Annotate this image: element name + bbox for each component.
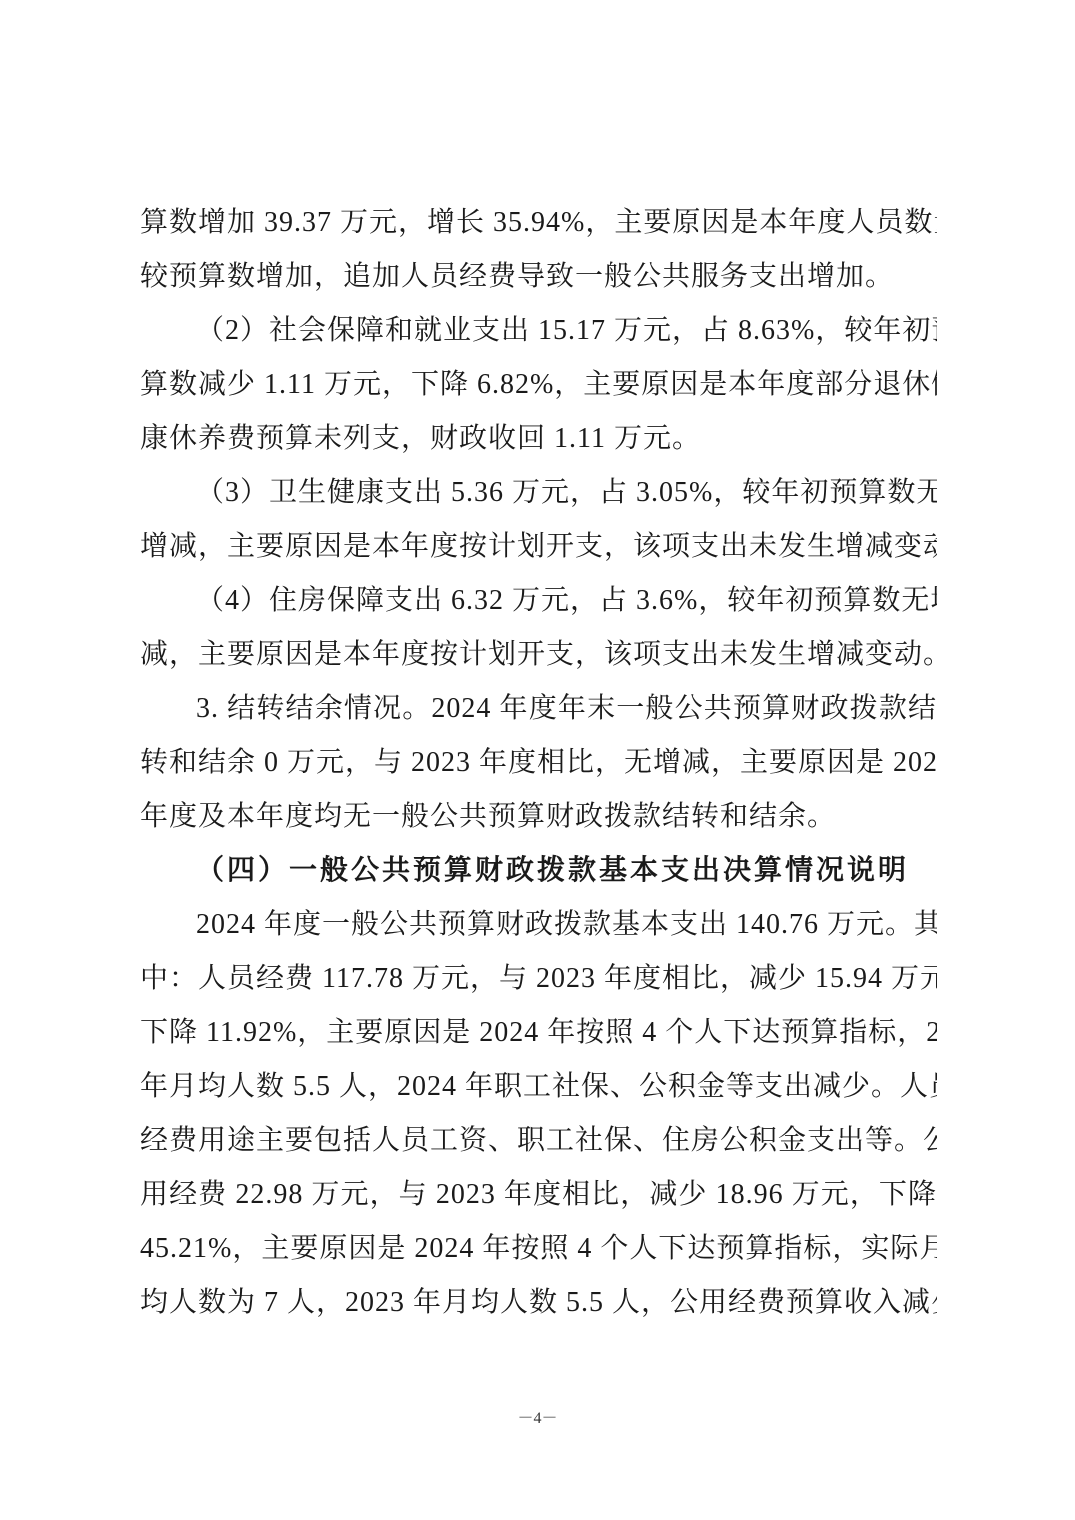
text-line: 经费用途主要包括人员工资、职工社保、住房公积金支出等。公 [140, 1114, 937, 1168]
document-body: 算数增加 39.37 万元，增长 35.94%，主要原因是本年度人员数量 较预算… [140, 196, 937, 1330]
text-line: 年度及本年度均无一般公共预算财政拨款结转和结余。 [140, 790, 937, 844]
text-line: 年月均人数 5.5 人，2024 年职工社保、公积金等支出减少。人员 [140, 1060, 937, 1114]
paragraph-item-4: （4）住房保障支出 6.32 万元，占 3.6%，较年初预算数无增 [140, 574, 937, 628]
text-line: 均人数为 7 人，2023 年月均人数 5.5 人，公用经费预算收入减少， [140, 1276, 937, 1330]
section-heading: （四）一般公共预算财政拨款基本支出决算情况说明 [140, 844, 937, 898]
text-line: 45.21%，主要原因是 2024 年按照 4 个人下达预算指标，实际月 [140, 1222, 937, 1276]
text-line: 算数减少 1.11 万元，下降 6.82%，主要原因是本年度部分退休健 [140, 358, 937, 412]
paragraph-item-3: （3）卫生健康支出 5.36 万元，占 3.05%，较年初预算数无 [140, 466, 937, 520]
text-line: 转和结余 0 万元，与 2023 年度相比，无增减，主要原因是 2023 [140, 736, 937, 790]
text-line: 下降 11.92%，主要原因是 2024 年按照 4 个人下达预算指标，2023 [140, 1006, 937, 1060]
text-line: 较预算数增加，追加人员经费导致一般公共服务支出增加。 [140, 250, 937, 304]
text-line: 康休养费预算未列支，财政收回 1.11 万元。 [140, 412, 937, 466]
text-line: 减，主要原因是本年度按计划开支，该项支出未发生增减变动。 [140, 628, 937, 682]
paragraph-basic-expenditure: 2024 年度一般公共预算财政拨款基本支出 140.76 万元。其 [140, 898, 937, 952]
text-line: 算数增加 39.37 万元，增长 35.94%，主要原因是本年度人员数量 [140, 196, 937, 250]
text-line: 中：人员经费 117.78 万元，与 2023 年度相比，减少 15.94 万元… [140, 952, 937, 1006]
paragraph-carryover: 3. 结转结余情况。2024 年度年末一般公共预算财政拨款结 [140, 682, 937, 736]
page-number: －4－ [0, 1405, 1075, 1428]
text-line: 增减，主要原因是本年度按计划开支，该项支出未发生增减变动。 [140, 520, 937, 574]
text-line: 用经费 22.98 万元，与 2023 年度相比，减少 18.96 万元，下降 [140, 1168, 937, 1222]
paragraph-item-2: （2）社会保障和就业支出 15.17 万元，占 8.63%，较年初预 [140, 304, 937, 358]
